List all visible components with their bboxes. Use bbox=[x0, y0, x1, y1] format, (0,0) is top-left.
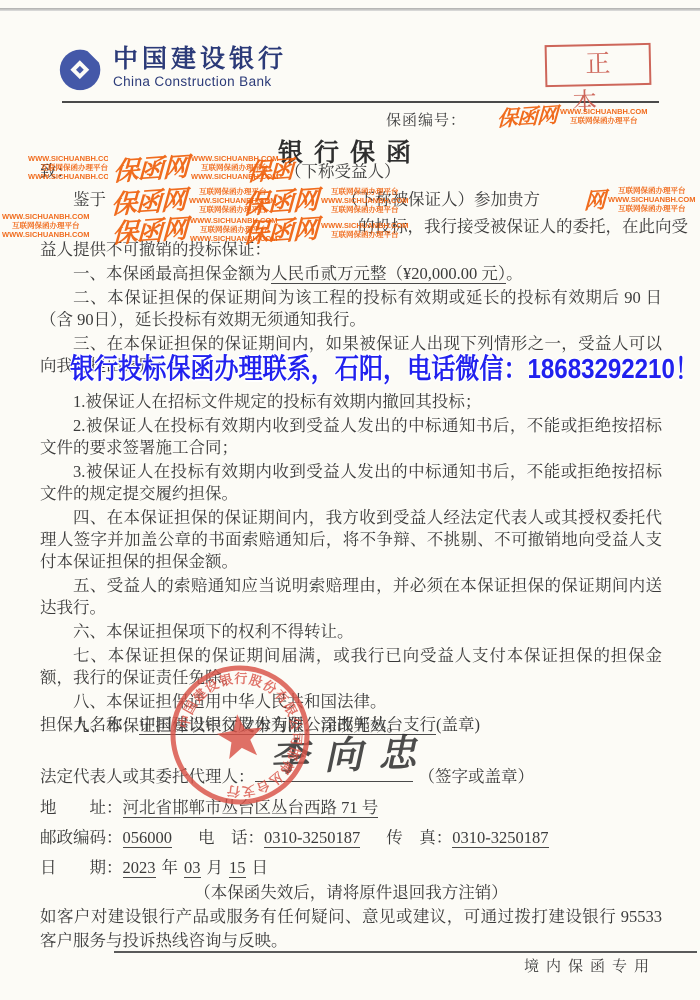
phone-value: 0310-3250187 bbox=[264, 828, 360, 848]
watermark-stamp: 保函网 WWW.SICHUANBH.COM 互联网保函办理平台 bbox=[243, 211, 409, 248]
watermark-url: WWW.SICHUANBH.COM bbox=[321, 196, 409, 205]
watermark-platform: 互联网保函办理平台 bbox=[560, 116, 648, 125]
postal-value: 056000 bbox=[123, 828, 173, 848]
postal-label: 邮政编码： bbox=[40, 828, 123, 847]
watermark-url: WWW.SICHUANBH.COM bbox=[2, 230, 90, 239]
clause-6: 六、本保证担保项下的权利不得转让。 bbox=[40, 621, 662, 643]
guarantee-amount: 人民币贰万元整（¥20,000.00 元） bbox=[271, 264, 506, 284]
date-day: 15 bbox=[229, 858, 246, 878]
company-seal: 中国建设银行股份有限公司邯郸丛台支行 bbox=[155, 650, 324, 819]
scan-edge bbox=[0, 8, 700, 11]
watermark-url: WWW.SICHUANBH.COM bbox=[28, 172, 108, 181]
clause-7: 七、本保证担保的保证期间届满，或我行已向受益人支付本保证担保的担保金额，我行的保… bbox=[40, 645, 662, 689]
bank-names: 中国建设银行 China Construction Bank bbox=[113, 46, 287, 89]
address-label: 地 址： bbox=[40, 798, 123, 817]
postal-phone-fax-line: 邮政编码：056000电 话：0310-3250187传 真：0310-3250… bbox=[40, 825, 662, 851]
year-unit: 年 bbox=[162, 858, 179, 877]
watermark-lines: WWW.SICHUANBH.COM 互联网保函办理平台 WWW.SICHUANB… bbox=[2, 212, 90, 239]
sign-note: （签字或盖章） bbox=[419, 767, 535, 786]
fax-value: 0310-3250187 bbox=[452, 828, 548, 848]
watermark-platform: 互联网保函办理平台 bbox=[608, 204, 696, 213]
watermark-brand: 网 bbox=[583, 183, 605, 216]
watermark-stamp: 保函网 WWW.SICHUANBH.COM 互联网保函办理平台 bbox=[497, 101, 648, 131]
guarantee-number-label: 保函编号： bbox=[386, 109, 466, 130]
bank-name-cn: 中国建设银行 bbox=[113, 46, 287, 74]
document-page: 中国建设银行 China Construction Bank 正本 保函编号： … bbox=[0, 0, 700, 1000]
watermark-lines: WWW.SICHUANBH.COM 互联网保函办理平台 bbox=[560, 107, 648, 125]
watermark-platform: 互联网保函办理平台 bbox=[321, 187, 409, 196]
clause-1-suffix: 。 bbox=[506, 264, 523, 283]
clause-2: 二、本保证担保的保证期间为该工程的投标有效期或延长的投标有效期后 90 日（含 … bbox=[40, 287, 662, 331]
watermark-brand: 保函网 bbox=[111, 208, 187, 250]
watermark-url: WWW.SICHUANBH.COM bbox=[608, 195, 696, 204]
beneficiary-note: （下称受益人） bbox=[285, 162, 401, 181]
watermark-brand: 保函网 bbox=[242, 208, 318, 250]
watermark-platform: 互联网保函办理平台 bbox=[608, 186, 696, 195]
clause-4: 四、在本保证担保的保证期间内，我方收到受益人经法定代表人或其授权委托代理人签字并… bbox=[40, 507, 662, 573]
whereas-label: 鉴于 bbox=[73, 190, 106, 209]
bank-header: 中国建设银行 China Construction Bank bbox=[58, 46, 287, 92]
watermark-url: WWW.SICHUANBH.COM bbox=[321, 221, 409, 230]
date-line: 日 期：2023年03月15日 bbox=[40, 855, 662, 881]
watermark-brand: 保函网 bbox=[497, 99, 558, 133]
seal-star bbox=[214, 711, 265, 760]
date-label: 日 期： bbox=[40, 858, 123, 877]
phone-label: 电 话： bbox=[198, 828, 264, 847]
guarantor-label: 担保人名称： bbox=[40, 715, 139, 734]
domestic-guarantee-label: 境内保函专用 bbox=[524, 955, 656, 976]
clause-8: 八、本保证担保适用中华人民共和国法律。 bbox=[40, 691, 662, 713]
watermark-lines: 互联网保函办理平台 WWW.SICHUANBH.COM 互联网保函办理平台 bbox=[608, 186, 696, 213]
bank-name-en: China Construction Bank bbox=[113, 74, 287, 89]
seal-note: (盖章) bbox=[436, 715, 480, 734]
watermark-url: WWW.SICHUANBH.COM bbox=[560, 107, 648, 116]
day-unit: 日 bbox=[252, 858, 269, 877]
watermark-stamp: WWW.SICHUANBH.COM 互联网保函办理平台 WWW.SICHUANB… bbox=[2, 212, 90, 239]
claim-item-2: 2.被保证人在投标有效期内收到受益人发出的中标通知书后，不能或拒绝按招标文件的要… bbox=[40, 415, 662, 459]
watermark-platform: 互联网保函办理平台 bbox=[321, 230, 409, 239]
watermark-url: WWW.SICHUANBH.COM bbox=[2, 212, 90, 221]
address-line: 地 址：河北省邯郸市丛台区丛台西路 71 号 bbox=[40, 795, 662, 821]
watermark-url: WWW.SICHUANBH.COM bbox=[28, 154, 108, 163]
claim-item-3: 3.被保证人在投标有效期内收到受益人发出的中标通知书后，不能或拒绝按招标文件的规… bbox=[40, 461, 662, 505]
claim-item-1: 1.被保证人在招标文件规定的投标有效期内撤回其投标； bbox=[40, 391, 662, 413]
month-unit: 月 bbox=[207, 858, 224, 877]
clause-5: 五、受益人的索赔通知应当说明索赔理由，并必须在本保证担保的保证期间内送达我行。 bbox=[40, 575, 662, 619]
date-month: 03 bbox=[184, 858, 201, 878]
ad-overlay-text: 银行投标保函办理联系，石阳，电话微信：18683292210！ bbox=[70, 347, 699, 387]
fax-label: 传 真： bbox=[386, 828, 452, 847]
original-copy-stamp: 正本 bbox=[545, 43, 652, 87]
watermark-stamp: WWW.SICHUANBH.COM 互联网保函办理平台 WWW.SICHUANB… bbox=[28, 154, 108, 181]
clause-1-prefix: 一、本保函最高担保金额为 bbox=[73, 264, 271, 283]
ccb-logo-icon bbox=[58, 46, 104, 92]
watermark-stamp: 网 互联网保函办理平台 WWW.SICHUANBH.COM 互联网保函办理平台 bbox=[584, 184, 696, 215]
date-year: 2023 bbox=[123, 858, 156, 878]
service-note: 如客户对建设银行产品或服务有任何疑问、意见或建议，可通过拨打建设银行 95533… bbox=[40, 905, 662, 953]
watermark-platform: 互联网保函办理平台 bbox=[28, 163, 108, 172]
watermark-lines: 互联网保函办理平台 WWW.SICHUANBH.COM 互联网保函办理平台 bbox=[321, 187, 409, 214]
watermark-lines: WWW.SICHUANBH.COM 互联网保函办理平台 bbox=[321, 221, 409, 239]
clause-1: 一、本保函最高担保金额为人民币贰万元整（¥20,000.00 元）。 bbox=[40, 263, 662, 285]
return-note: （本保函失效后，请将原件退回我方注销） bbox=[40, 881, 662, 905]
watermark-platform: 互联网保函办理平台 bbox=[2, 221, 90, 230]
watermark-lines: WWW.SICHUANBH.COM 互联网保函办理平台 WWW.SICHUANB… bbox=[28, 154, 108, 181]
